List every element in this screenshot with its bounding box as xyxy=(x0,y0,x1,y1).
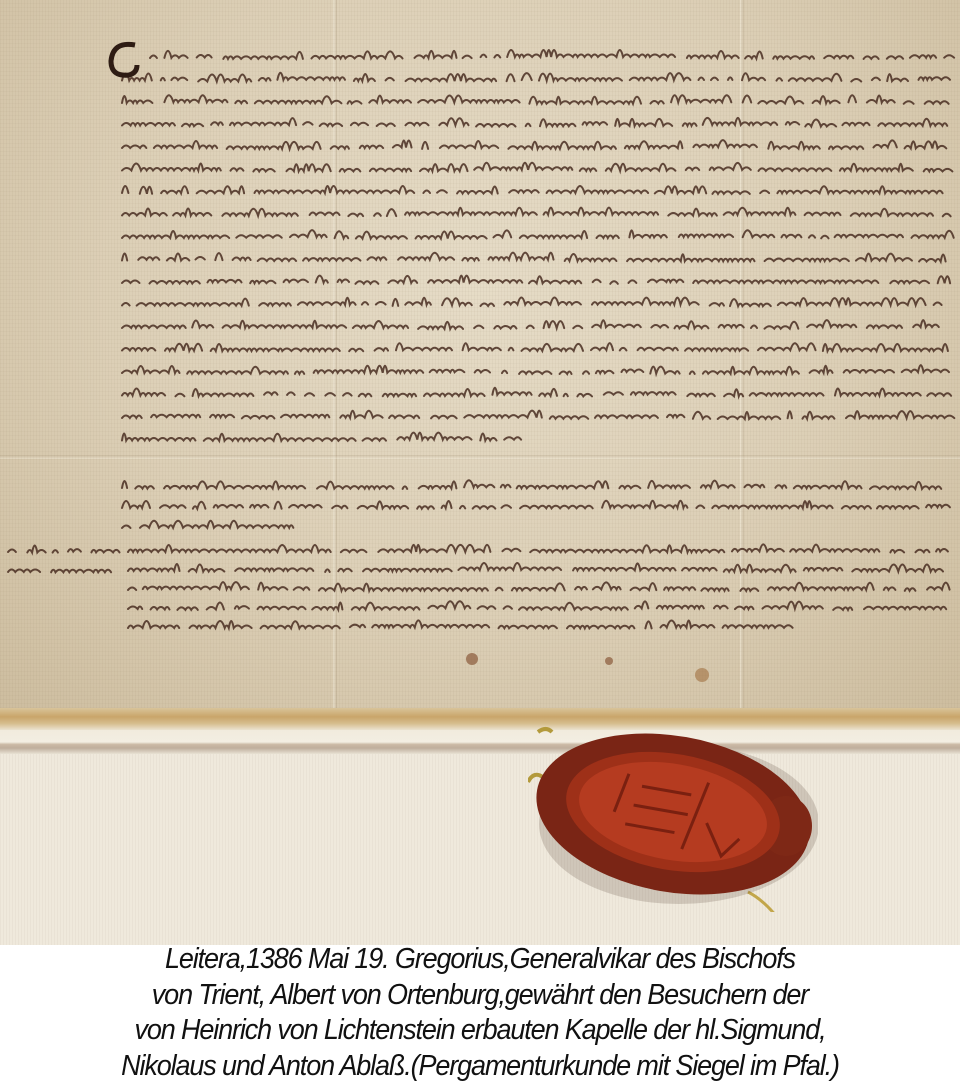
caption: Leitera,1386 Mai 19. Gregorius,Generalvi… xyxy=(34,942,927,1084)
document-photo xyxy=(0,0,960,945)
wax-seal xyxy=(528,722,818,912)
caption-line: von Heinrich von Lichtenstein erbauten K… xyxy=(34,1013,927,1049)
caption-line: von Trient, Albert von Ortenburg,gewährt… xyxy=(34,978,927,1014)
initial-letter xyxy=(111,44,137,75)
caption-line: Nikolaus und Anton Ablaß.(Pergamenturkun… xyxy=(34,1049,927,1085)
caption-line: Leitera,1386 Mai 19. Gregorius,Generalvi… xyxy=(34,942,927,978)
handwritten-text xyxy=(0,0,960,712)
